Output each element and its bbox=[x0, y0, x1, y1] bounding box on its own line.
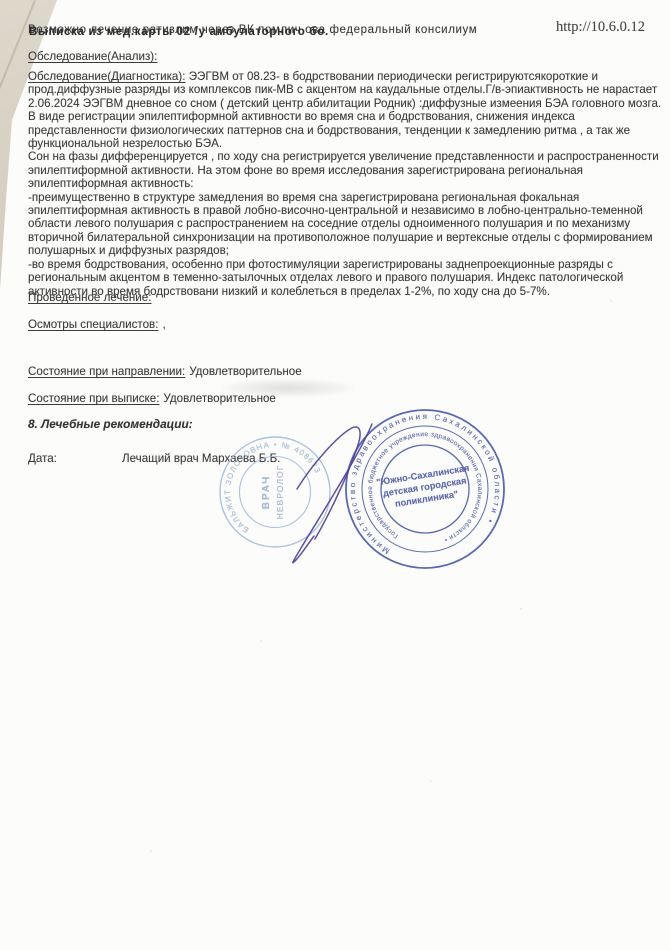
section-specialists: Осмотры специалистов:, bbox=[28, 318, 166, 331]
doctor-stamp: БАЛЬЖИТ ЗОЛОТОВНА • № 408673 ВРАЧ НЕВРОЛ… bbox=[214, 431, 336, 553]
status-referral-value: Удовлетворительное bbox=[189, 365, 301, 378]
doctor-stamp-center-line1: ВРАЧ bbox=[261, 475, 272, 510]
diagnostics-p3: -преимущественно в структуре замедления … bbox=[28, 191, 665, 258]
section-label-analysis: Обследование(Анализ): bbox=[28, 50, 157, 63]
status-referral-row: Состояние при направлении:Удовлетворител… bbox=[28, 365, 302, 378]
section-label-diagnostics: Обследование(Диагностика): bbox=[28, 70, 185, 83]
clinic-stamp: Министерство здравоохранения Сахалинской… bbox=[341, 405, 509, 573]
status-referral-label: Состояние при направлении: bbox=[28, 365, 185, 378]
date-label: Дата: bbox=[28, 452, 57, 465]
scan-smudge bbox=[222, 379, 354, 397]
scan-noise bbox=[0, 0, 2, 2]
diagnostics-text-block: Обследование(Диагностика): ЭЭГВМ от 08.2… bbox=[28, 70, 665, 298]
diagnostics-paragraph: Обследование(Диагностика): ЭЭГВМ от 08.2… bbox=[28, 70, 665, 150]
status-discharge-label: Состояние при выписке: bbox=[28, 392, 159, 405]
diagnostics-p2: Сон на фазы дифференцируется , по ходу с… bbox=[28, 150, 665, 190]
header-overprint-top: Выписка из мед.карты 02 /у амбулаторного… bbox=[29, 26, 329, 38]
specialists-value: , bbox=[162, 318, 165, 331]
section-label-treatment: Проведенное лечение: bbox=[28, 291, 151, 304]
section-label-recommendations: 8. Лечебные рекомендации: bbox=[28, 417, 193, 431]
section-label-specialists: Осмотры специалистов: bbox=[28, 318, 158, 331]
page-url: http://10.6.0.12 bbox=[556, 19, 645, 36]
doctor-stamp-center-line2: НЕВРОЛОГ bbox=[275, 465, 285, 520]
